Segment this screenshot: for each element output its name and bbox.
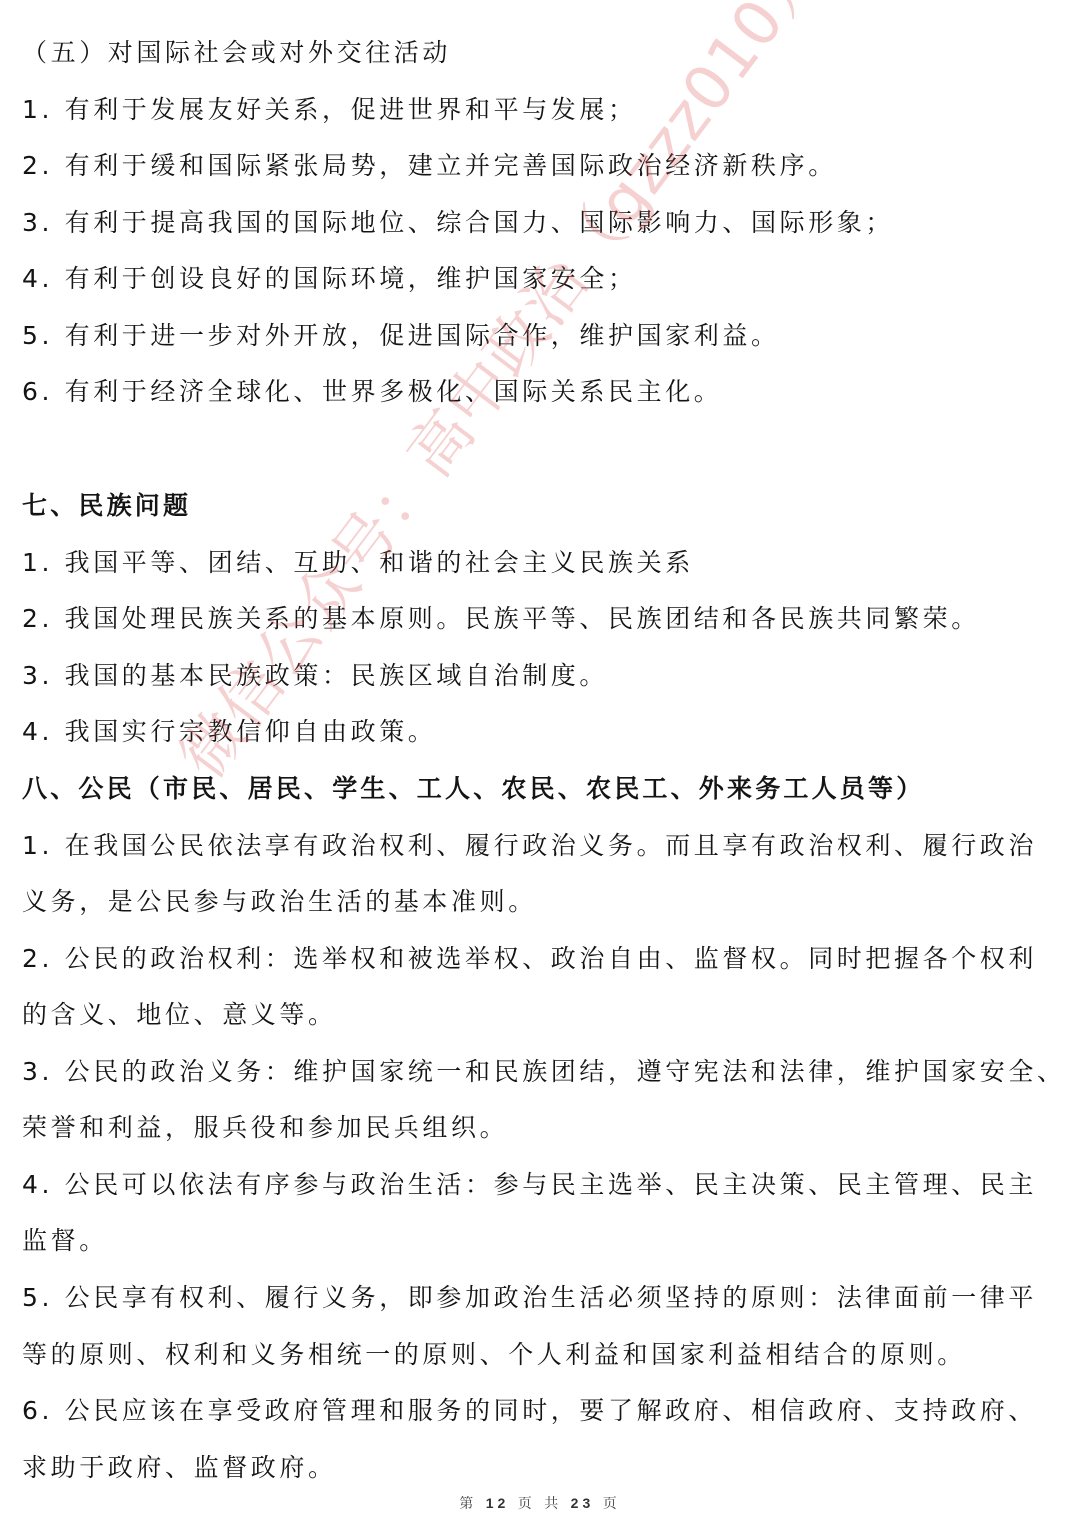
- paragraph-line: 等的原则、权利和义务相统一的原则、个人利益和国家利益相结合的原则。: [22, 1340, 966, 1370]
- list-item: 2. 有利于缓和国际紧张局势，建立并完善国际政治经济新秩序。: [22, 151, 837, 181]
- list-item: 3. 我国的基本民族政策：民族区域自治制度。: [22, 661, 608, 691]
- paragraph-line: 求助于政府、监督政府。: [22, 1453, 337, 1483]
- section-heading-ethnic-issues: 七、民族问题: [22, 491, 191, 521]
- paragraph-line: 的含义、地位、意义等。: [22, 1000, 337, 1030]
- footer-prefix: 第: [459, 1496, 477, 1512]
- page-number-footer: 第 12 页 共 23 页: [0, 1493, 1080, 1513]
- section-heading-citizens: 八、公民（市民、居民、学生、工人、农民、农民工、外来务工人员等）: [22, 774, 924, 804]
- paragraph-line: 1. 在我国公民依法享有政治权利、履行政治义务。而且享有政治权利、履行政治: [22, 831, 1037, 861]
- footer-middle: 页 共: [518, 1496, 562, 1512]
- list-item: 2. 我国处理民族关系的基本原则。民族平等、民族团结和各民族共同繁荣。: [22, 604, 980, 634]
- paragraph-line: 义务，是公民参与政治生活的基本准则。: [22, 887, 537, 917]
- list-item: 4. 有利于创设良好的国际环境，维护国家安全；: [22, 264, 637, 294]
- list-item: 5. 有利于进一步对外开放，促进国际合作，维护国家利益。: [22, 321, 780, 351]
- paragraph-line: 监督。: [22, 1226, 108, 1256]
- list-item: 6. 有利于经济全球化、世界多极化、国际关系民主化。: [22, 377, 722, 407]
- total-pages-number: 23: [571, 1495, 595, 1511]
- paragraph-line: 2. 公民的政治权利：选举权和被选举权、政治自由、监督权。同时把握各个权利: [22, 944, 1037, 974]
- paragraph-line: 4. 公民可以依法有序参与政治生活：参与民主选举、民主决策、民主管理、民主: [22, 1170, 1037, 1200]
- list-item: 1. 有利于发展友好关系，促进世界和平与发展；: [22, 95, 637, 125]
- list-item: 4. 我国实行宗教信仰自由政策。: [22, 717, 436, 747]
- paragraph-line: 荣誉和利益，服兵役和参加民兵组织。: [22, 1113, 508, 1143]
- paragraph-line: 5. 公民享有权利、履行义务，即参加政治生活必须坚持的原则：法律面前一律平: [22, 1283, 1037, 1313]
- current-page-number: 12: [486, 1495, 510, 1511]
- section-heading-international: （五）对国际社会或对外交往活动: [22, 38, 451, 68]
- footer-suffix: 页: [603, 1496, 621, 1512]
- document-page: （五）对国际社会或对外交往活动 1. 有利于发展友好关系，促进世界和平与发展； …: [0, 0, 1080, 1527]
- list-item: 3. 有利于提高我国的国际地位、综合国力、国际影响力、国际形象；: [22, 208, 894, 238]
- paragraph-line: 6. 公民应该在享受政府管理和服务的同时，要了解政府、相信政府、支持政府、: [22, 1396, 1037, 1426]
- paragraph-line: 3. 公民的政治义务：维护国家统一和民族团结，遵守宪法和法律，维护国家安全、: [22, 1057, 1066, 1087]
- list-item: 1. 我国平等、团结、互助、和谐的社会主义民族关系: [22, 548, 694, 578]
